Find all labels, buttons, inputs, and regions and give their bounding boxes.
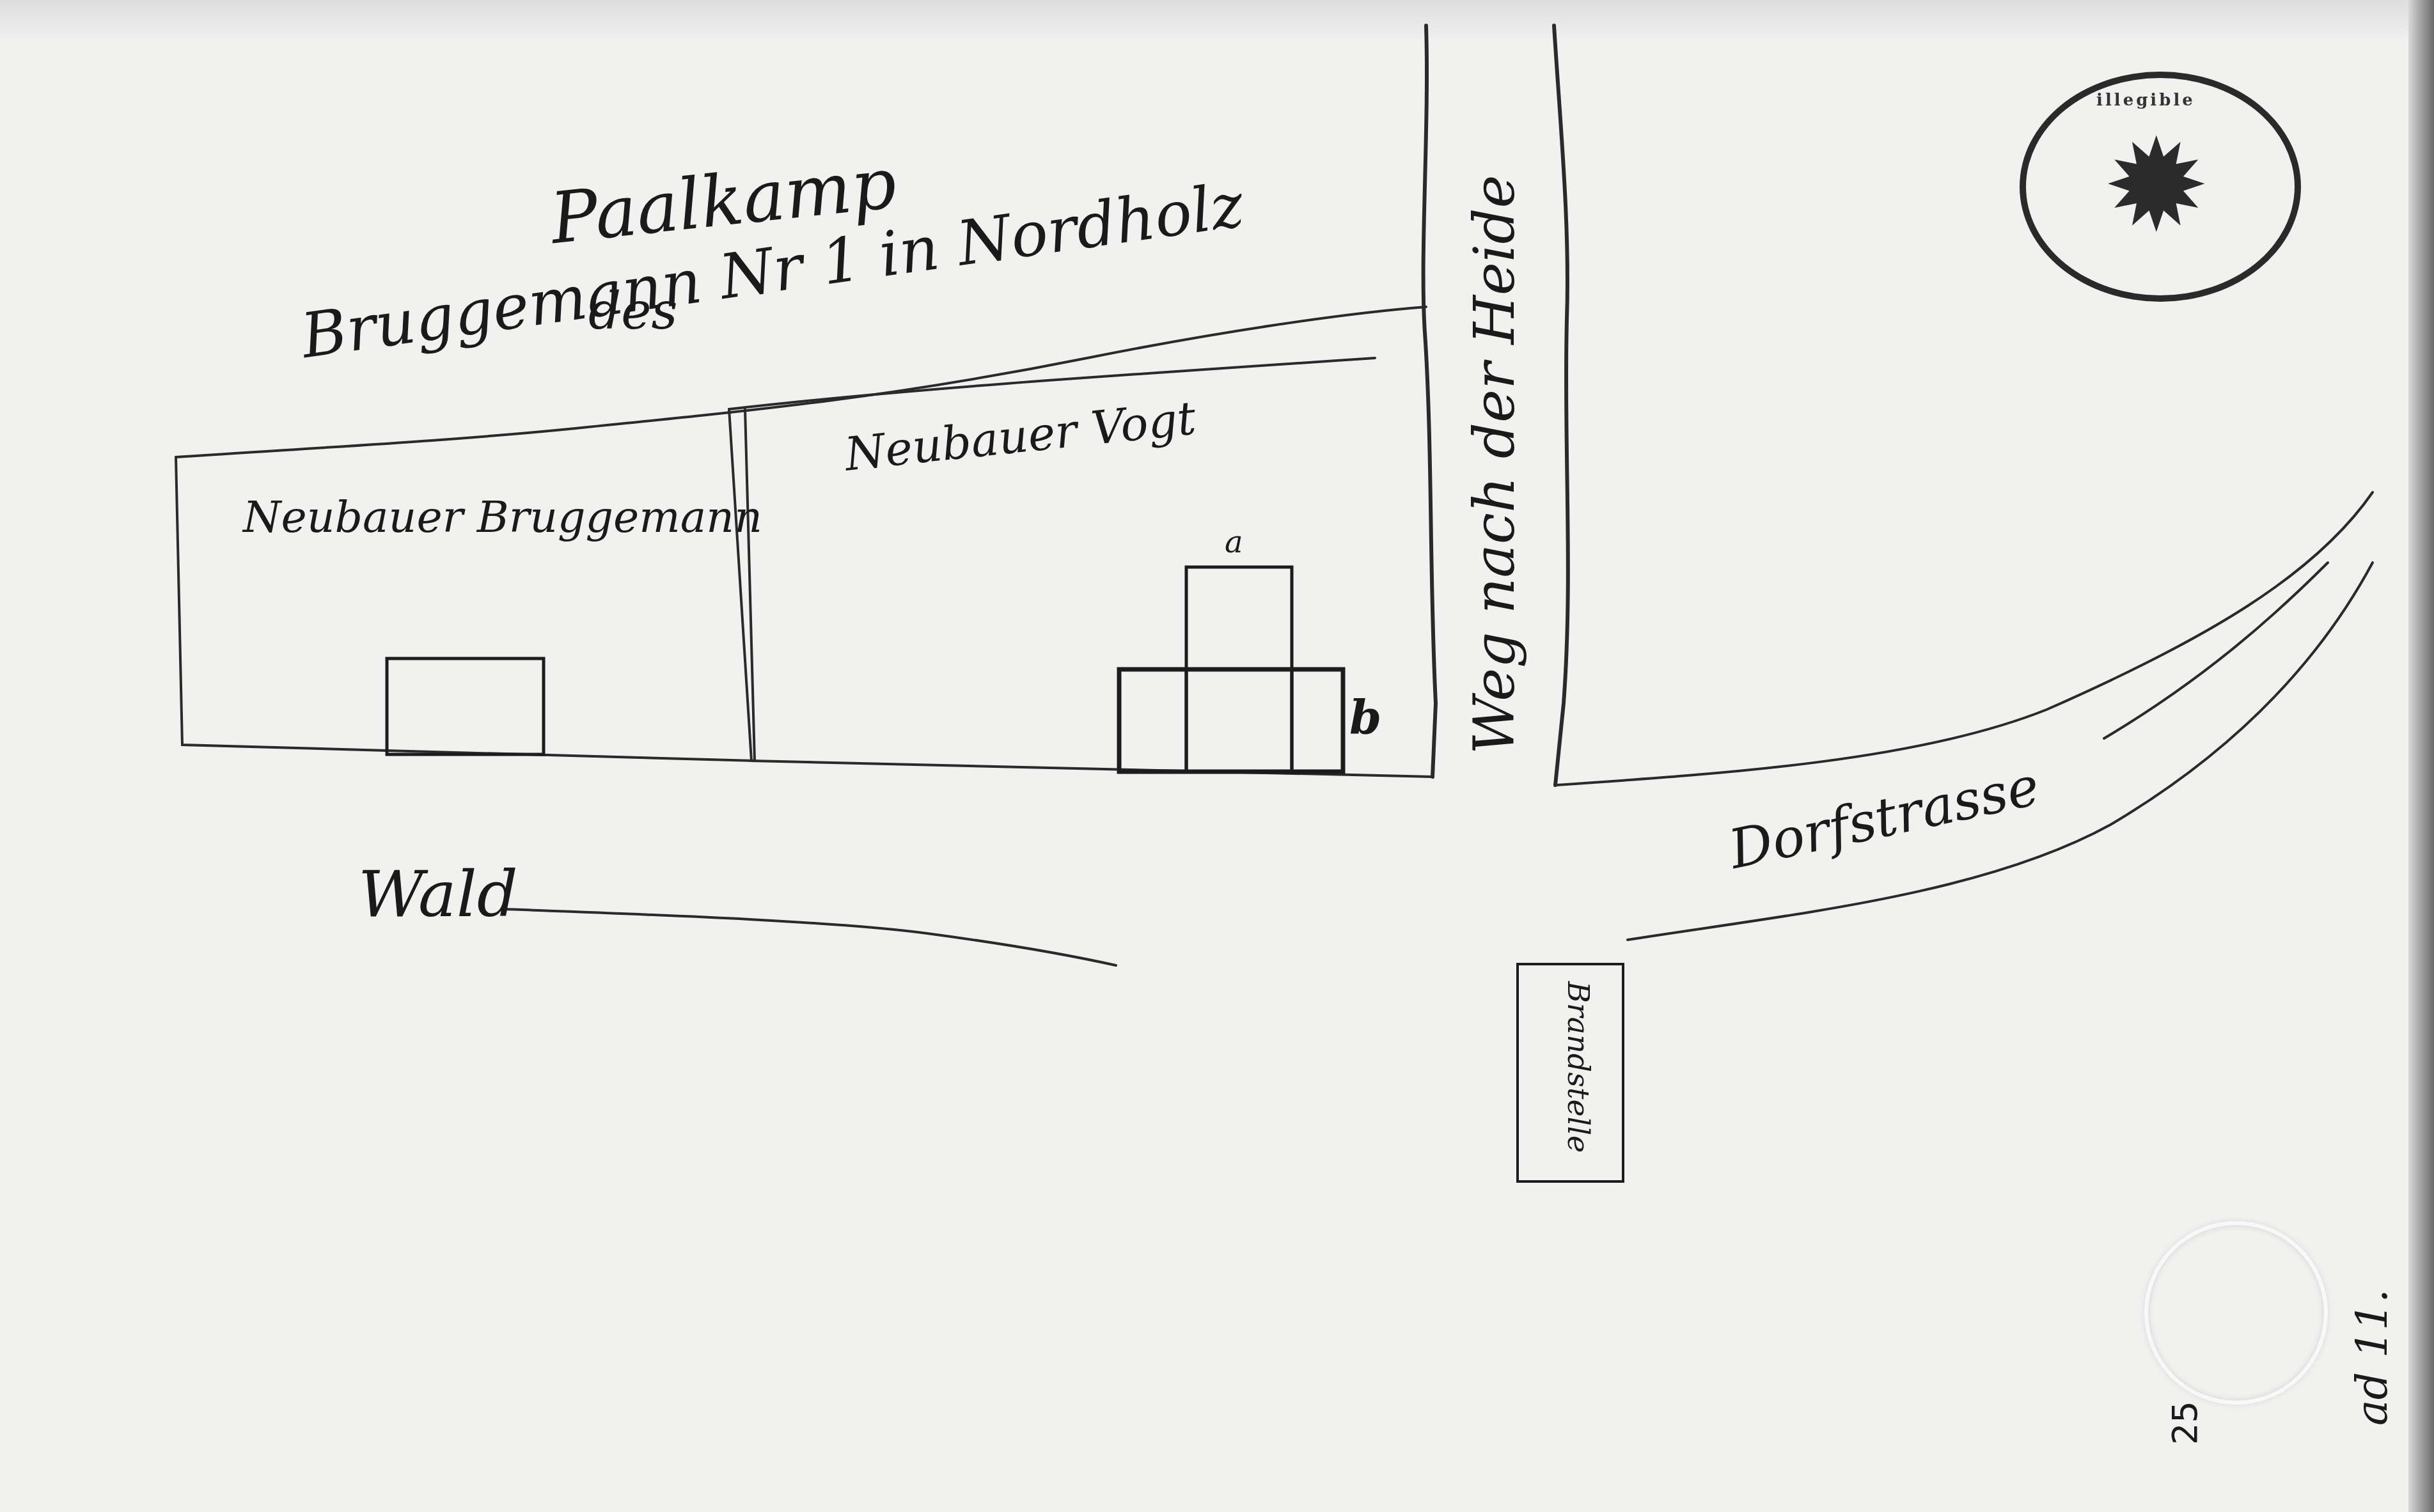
building-mark-b: b [1349, 690, 1381, 745]
dorfstrasse-inner-line [2104, 563, 2328, 738]
forest-edge-line [505, 909, 1116, 965]
stamp-text: illegible [2096, 91, 2195, 110]
road-vertical-right-edge [1554, 26, 1568, 785]
dorfstrasse-upper-edge [1555, 492, 2373, 785]
parcel-bruggemann-outline [176, 409, 755, 761]
label-brandstelle: Brandstelle [1561, 981, 1596, 1153]
page-number: 25 [2165, 1401, 2205, 1445]
map-sheet: Paalkamp des Bruggemann Nr 1 in Nordholz… [0, 0, 2434, 1512]
building-mark-a: a [1225, 524, 1243, 560]
label-parcel-bruggemann: Neubauer Bruggemann [243, 492, 762, 543]
label-forest: Wald [358, 857, 518, 931]
page-edge-shadow [2408, 0, 2434, 1512]
building-vogt-b [1119, 669, 1343, 772]
label-road-vertical: Weg nach der Heide [1461, 175, 1527, 754]
margin-annotation: ad 11. [2347, 1289, 2398, 1426]
embossed-seal [2144, 1221, 2328, 1405]
parcel-divider [729, 409, 751, 761]
official-stamp: ✹ illegible [2020, 72, 2301, 302]
road-vertical-left-edge [1424, 26, 1436, 777]
dorfstrasse-lower-edge [1628, 563, 2373, 940]
vogt-south-boundary [751, 761, 1433, 777]
building-bruggemann [387, 659, 544, 754]
star-icon: ✹ [2103, 123, 2210, 251]
